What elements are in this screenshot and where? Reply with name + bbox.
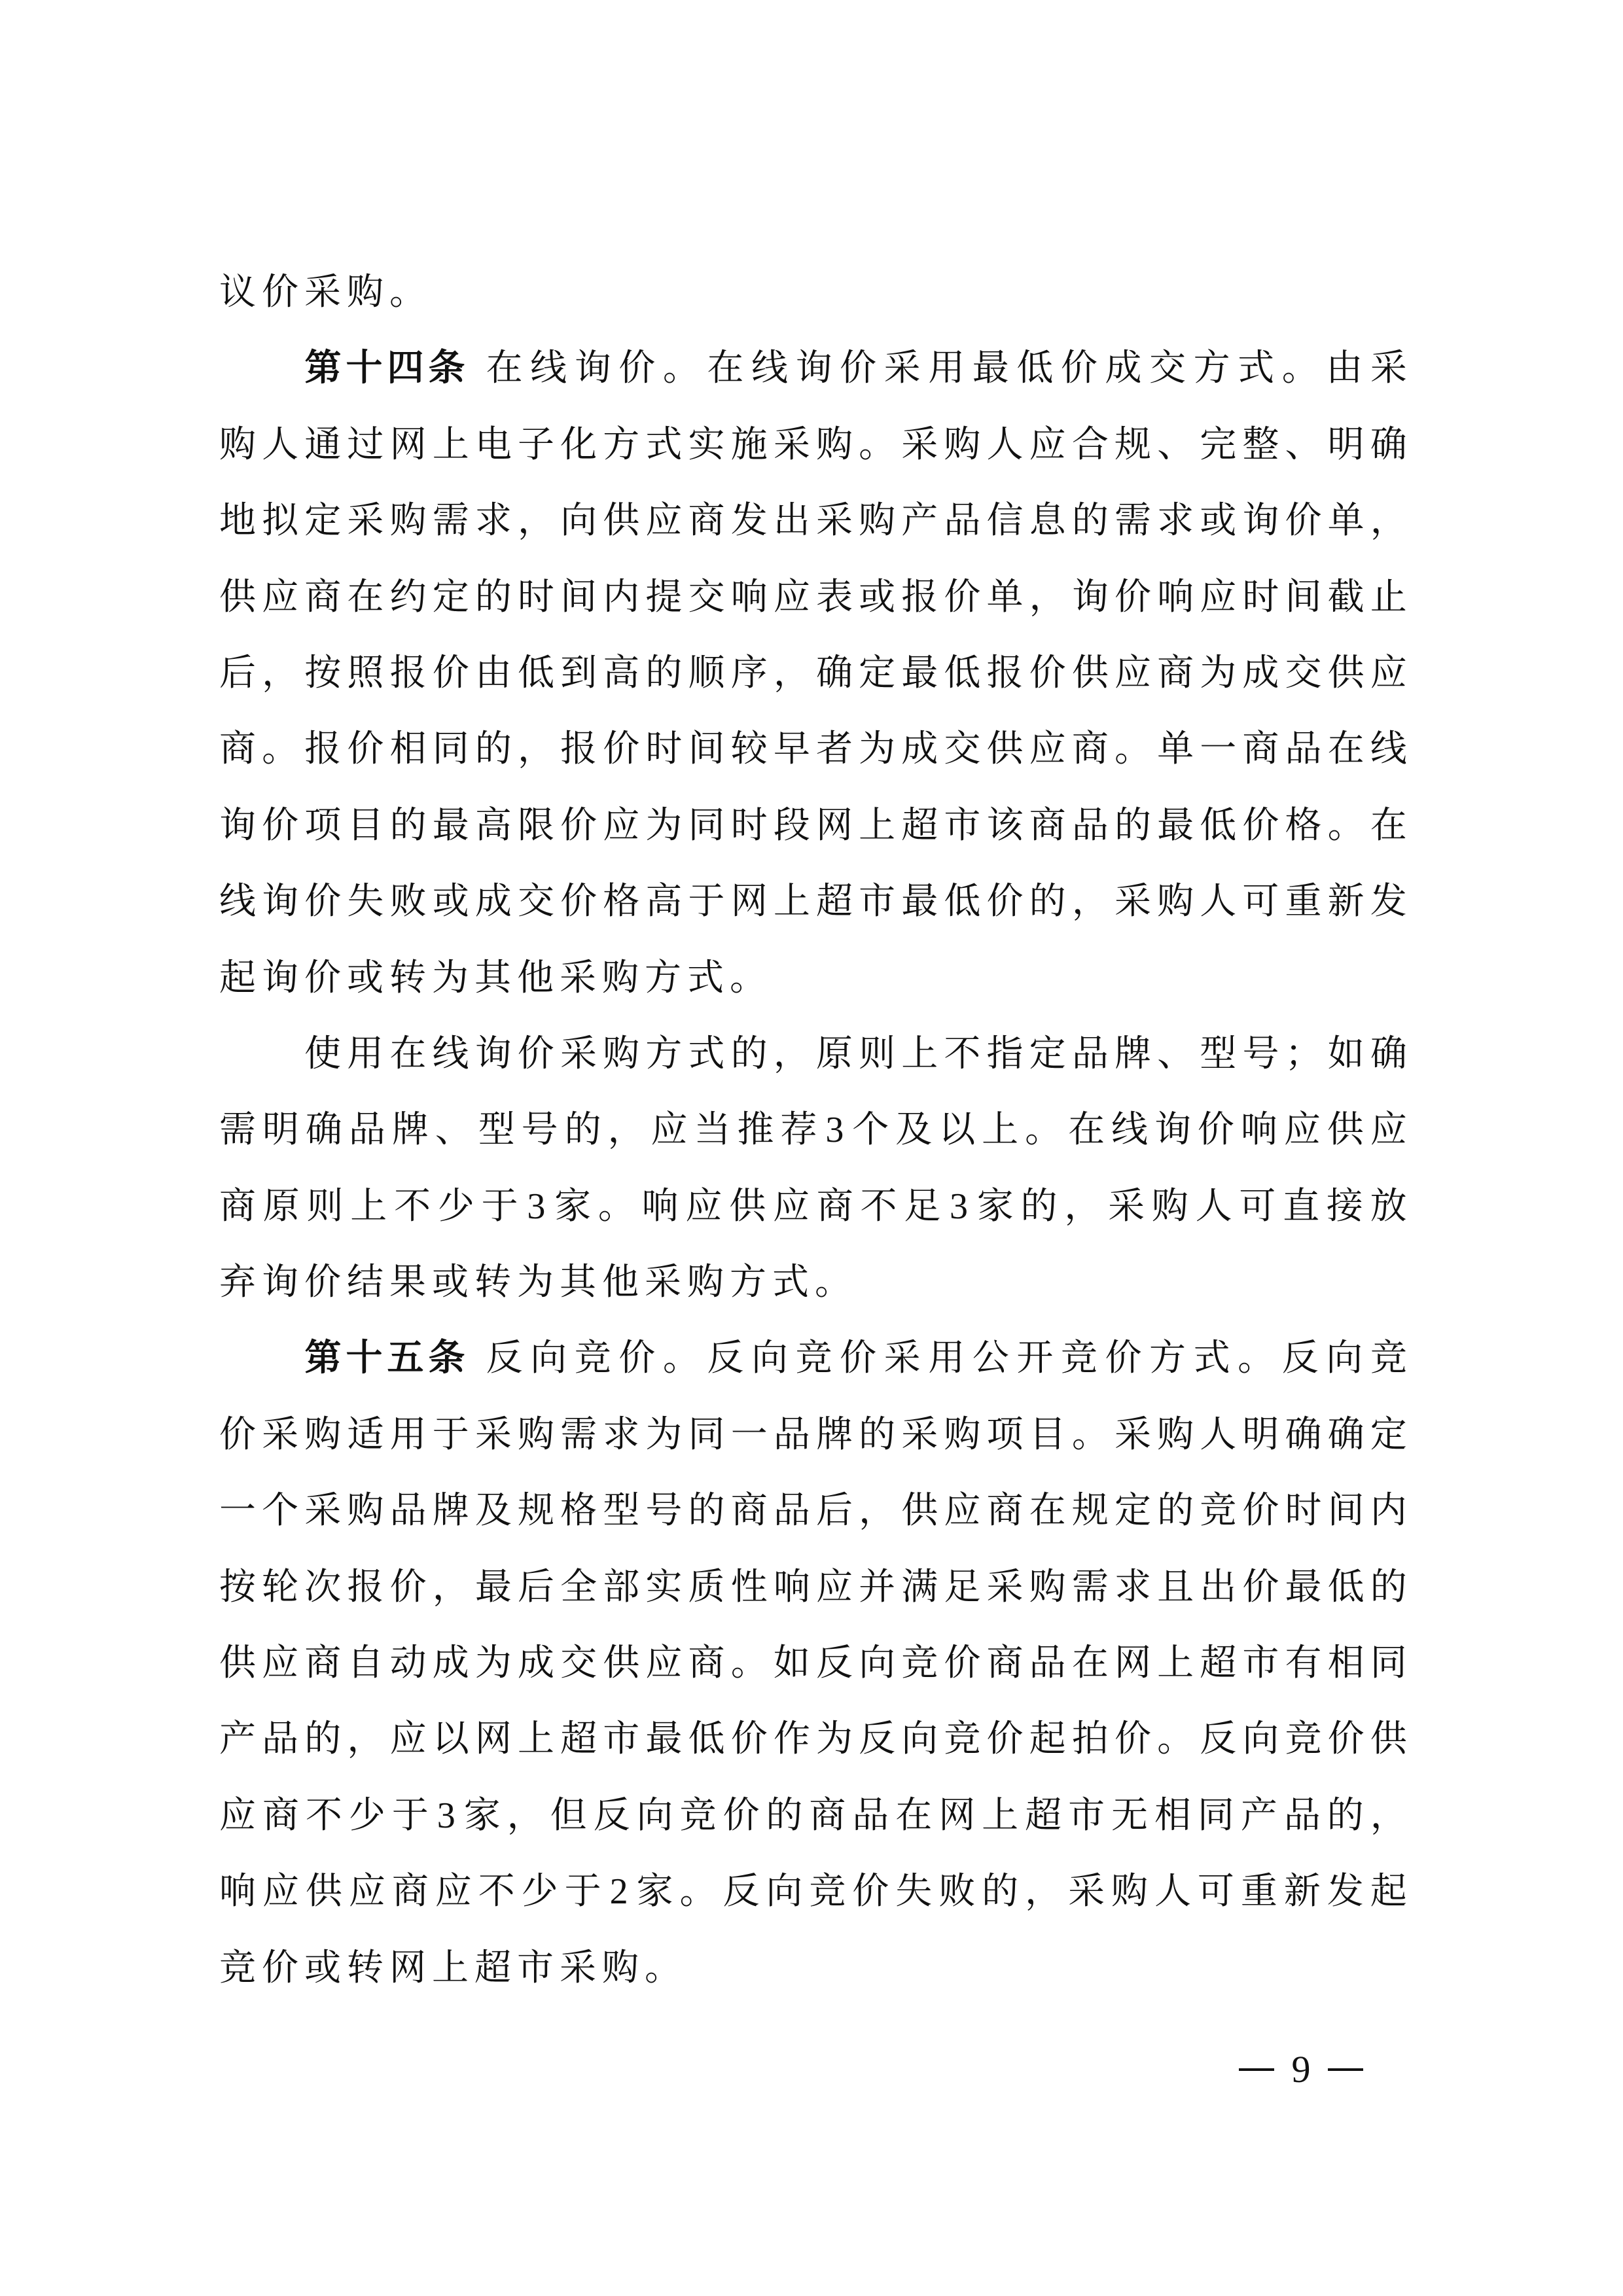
glyph: 商: [688, 1625, 725, 1701]
glyph: 内: [1370, 1473, 1407, 1549]
text-line: 商原则上不少于3家。响应供应商不足3家的，采购人可直接放: [219, 1169, 1407, 1245]
glyph: 截: [1328, 559, 1364, 635]
text-line: 需明确品牌、型号的，应当推荐3个及以上。在线询价响应供应: [219, 1092, 1407, 1168]
glyph: 相: [1154, 1778, 1191, 1854]
glyph: 人: [1200, 864, 1236, 940]
glyph: 采: [884, 330, 921, 406]
glyph: ；: [1285, 1016, 1322, 1092]
glyph: 供: [987, 711, 1024, 787]
glyph: 发: [1370, 864, 1407, 940]
glyph: 价: [722, 1778, 759, 1854]
glyph: 按: [219, 1549, 256, 1625]
text-line: 响应供应商应不少于2家。反向竞价失败的，采购人可重新发起: [219, 1854, 1407, 1930]
text-line: 供应商在约定的时间内提交响应表或报价单，询价响应时间截止: [219, 559, 1407, 635]
glyph: 价: [560, 864, 597, 940]
glyph: 价: [1061, 330, 1097, 406]
glyph: 以: [938, 1092, 975, 1168]
glyph: 。: [598, 1169, 635, 1245]
glyph: 全: [560, 1549, 597, 1625]
glyph: 牌: [816, 1397, 853, 1473]
glyph: 用: [347, 1016, 383, 1092]
glyph: 后: [816, 1473, 853, 1549]
glyph: 品: [1284, 1778, 1321, 1854]
text-line: 价采购适用于采购需求为同一品牌的采购项目。采购人明确确定: [219, 1397, 1407, 1473]
glyph: 价: [1198, 1092, 1234, 1168]
glyph: 应: [1370, 1092, 1407, 1168]
glyph: 不: [944, 1016, 980, 1092]
glyph: 商: [1157, 635, 1194, 711]
glyph: 需: [433, 483, 469, 559]
glyph: 通: [304, 407, 341, 483]
glyph: 后: [219, 635, 256, 711]
glyph: 商: [987, 1473, 1024, 1549]
glyph: 确: [1328, 1397, 1364, 1473]
glyph: 低: [518, 635, 554, 711]
glyph: 价: [1029, 635, 1066, 711]
text-line: 竞价或转网上超市采购。: [219, 1930, 1407, 2006]
glyph: 。: [1115, 711, 1151, 787]
glyph: 购: [687, 1245, 724, 1320]
glyph: 向: [766, 1854, 802, 1930]
glyph: 竞: [809, 1854, 846, 1930]
glyph: 向: [751, 1320, 788, 1396]
glyph: 。: [645, 1930, 681, 2006]
glyph: 交: [1285, 635, 1322, 711]
glyph: 商: [731, 1473, 768, 1549]
glyph: 询: [1072, 559, 1109, 635]
glyph: 的: [1072, 483, 1109, 559]
glyph: 接: [1327, 1169, 1363, 1245]
glyph: 。: [1238, 1320, 1274, 1396]
glyph: 采: [1370, 330, 1407, 406]
glyph: 超: [474, 1930, 511, 2006]
glyph: 价: [304, 940, 341, 1016]
glyph: 品: [944, 483, 980, 559]
glyph: 单: [1328, 483, 1364, 559]
glyph: 应: [1029, 711, 1066, 787]
glyph: 购: [390, 483, 427, 559]
glyph: 。: [815, 1245, 851, 1320]
glyph: 产: [901, 483, 938, 559]
glyph: 价: [1242, 1473, 1279, 1549]
glyph: 商: [262, 1778, 299, 1854]
glyph: 确: [1285, 1397, 1322, 1473]
glyph: 直: [1283, 1169, 1319, 1245]
glyph: 超: [1200, 1625, 1236, 1701]
glyph: 动: [390, 1625, 427, 1701]
glyph: 竞: [1285, 1701, 1322, 1777]
glyph: 最: [901, 864, 938, 940]
glyph: 式: [687, 940, 724, 1016]
glyph: ，: [774, 1016, 810, 1092]
glyph: 价: [1115, 1701, 1151, 1777]
glyph: 。: [663, 1320, 700, 1396]
article-heading: 第十五条: [304, 1320, 465, 1396]
glyph: 购: [219, 407, 256, 483]
glyph: 同: [433, 711, 469, 787]
glyph: 供: [603, 1625, 639, 1701]
glyph: 线: [432, 1016, 469, 1092]
glyph: 成: [901, 711, 938, 787]
glyph: 网: [475, 1701, 512, 1777]
glyph: 间: [1285, 559, 1322, 635]
glyph: ，: [1370, 483, 1407, 559]
glyph: ，: [1029, 559, 1066, 635]
glyph: 供: [1072, 635, 1109, 711]
paragraph-article-15: 第十五条反向竞价。反向竞价采用公开竞价方式。反向竞价采购适用于采购需求为同一品牌…: [219, 1320, 1407, 2006]
glyph: 品: [852, 1778, 889, 1854]
glyph: 目: [1029, 1397, 1066, 1473]
glyph: 定: [1370, 1397, 1407, 1473]
glyph: 询: [475, 1016, 512, 1092]
glyph: 的: [1029, 864, 1066, 940]
glyph: 其: [560, 1245, 596, 1320]
glyph: 、: [435, 1092, 472, 1168]
glyph: 个: [852, 1092, 889, 1168]
page-number: 9: [1239, 2047, 1363, 2093]
glyph: 价: [518, 1016, 554, 1092]
glyph: 开: [1016, 1320, 1053, 1396]
glyph: 品: [774, 1473, 810, 1549]
glyph: 格: [560, 1473, 597, 1549]
glyph: 询: [219, 788, 256, 864]
glyph: 息: [1029, 483, 1066, 559]
glyph: 价: [852, 1854, 889, 1930]
glyph: 同: [688, 788, 725, 864]
glyph: 购: [603, 1016, 639, 1092]
glyph: 反: [486, 1320, 523, 1396]
glyph: 供: [219, 1625, 256, 1701]
glyph: 的: [688, 1473, 725, 1549]
glyph: 明: [1328, 407, 1364, 483]
glyph: 网: [1115, 1625, 1151, 1701]
glyph: 如: [1328, 1016, 1364, 1092]
glyph: 牌: [392, 1092, 429, 1168]
glyph: 用: [390, 1397, 427, 1473]
glyph: 推: [737, 1092, 774, 1168]
glyph: 定: [304, 483, 341, 559]
paragraph-article-14-para-2: 使用在线询价采购方式的，原则上不指定品牌、型号；如确需明确品牌、型号的，应当推荐…: [219, 1016, 1407, 1321]
glyph: 交: [560, 1625, 597, 1701]
glyph: 为: [1200, 635, 1236, 711]
glyph: 向: [560, 483, 597, 559]
glyph: 间: [688, 711, 725, 787]
paragraph-p-continued: 议价采购。: [219, 255, 1407, 330]
glyph: 商: [304, 559, 341, 635]
glyph: 应: [645, 1625, 682, 1701]
glyph: 网: [731, 864, 768, 940]
glyph: 式: [1238, 330, 1274, 406]
glyph: 质: [688, 1549, 725, 1625]
glyph: 及: [895, 1092, 932, 1168]
glyph: 求: [475, 483, 512, 559]
body-text: 议价采购。第十四条在线询价。在线询价采用最低价成交方式。由采购人通过网上电子化方…: [219, 255, 1407, 2006]
glyph: 家: [464, 1778, 501, 1854]
glyph: 上: [859, 788, 895, 864]
glyph: 竞: [679, 1778, 716, 1854]
glyph: 者: [816, 711, 853, 787]
glyph: 价: [1105, 1320, 1141, 1396]
glyph: 果: [389, 1245, 426, 1320]
glyph: 品: [774, 1397, 810, 1473]
glyph: 自: [347, 1625, 383, 1701]
glyph: 一: [1200, 711, 1236, 787]
glyph: 放: [1370, 1169, 1407, 1245]
glyph: 原: [816, 1016, 853, 1092]
glyph: 2: [608, 1854, 630, 1930]
glyph: 拟: [262, 483, 298, 559]
glyph: 采: [1115, 864, 1151, 940]
glyph: 产: [1241, 1778, 1277, 1854]
glyph: 上: [433, 407, 469, 483]
glyph: 适: [347, 1397, 383, 1473]
glyph: 为: [517, 1245, 554, 1320]
glyph: 提: [645, 559, 682, 635]
glyph: 价: [1115, 559, 1151, 635]
glyph: 人: [1154, 1854, 1191, 1930]
text-line: 议价采购。: [219, 255, 1407, 330]
glyph: 化: [560, 407, 597, 483]
glyph: 品: [349, 1092, 385, 1168]
glyph: 个: [262, 1473, 298, 1549]
glyph: 采: [475, 1397, 512, 1473]
glyph: 为: [475, 1625, 512, 1701]
glyph: ，: [347, 1701, 383, 1777]
glyph: 超: [560, 1701, 597, 1777]
glyph: 次: [304, 1549, 341, 1625]
glyph: 应: [1029, 407, 1066, 483]
glyph: 购: [816, 407, 853, 483]
glyph: 供: [219, 559, 256, 635]
glyph: 价: [304, 864, 341, 940]
glyph: 由: [475, 635, 512, 711]
glyph: 不: [478, 1854, 515, 1930]
glyph: 向: [859, 1625, 895, 1701]
glyph: 方: [645, 1016, 682, 1092]
glyph: 使: [304, 1016, 341, 1092]
glyph: 方: [1149, 1320, 1186, 1396]
glyph: 求: [603, 1397, 639, 1473]
glyph: 品: [1072, 1016, 1109, 1092]
glyph: 他: [602, 1245, 639, 1320]
glyph: 价: [560, 788, 597, 864]
glyph: 成: [1242, 635, 1279, 711]
glyph: 竞: [796, 1320, 832, 1396]
glyph: 超: [901, 788, 938, 864]
glyph: 或: [347, 940, 383, 1016]
glyph: 部: [603, 1549, 639, 1625]
glyph: 价: [347, 711, 383, 787]
glyph: 定: [1115, 1473, 1151, 1549]
glyph: 确: [306, 1092, 342, 1168]
glyph: ，: [608, 1092, 645, 1168]
glyph: 到: [560, 635, 597, 711]
glyph: 成: [518, 1625, 554, 1701]
glyph: 在: [389, 1016, 426, 1092]
glyph: 采: [901, 1397, 938, 1473]
glyph: 定: [1029, 1016, 1066, 1092]
glyph: 价: [731, 1701, 768, 1777]
glyph: 足: [904, 1169, 940, 1245]
glyph: 商: [304, 1625, 341, 1701]
glyph: 线: [1370, 711, 1407, 787]
glyph: 采: [347, 483, 383, 559]
glyph: 3: [948, 1169, 970, 1245]
glyph: 成: [475, 864, 512, 940]
text-line: 按轮次报价，最后全部实质性响应并满足采购需求且出价最低的: [219, 1549, 1407, 1625]
glyph: 则: [859, 1016, 895, 1092]
glyph: 、: [1157, 407, 1194, 483]
glyph: 反: [816, 1625, 853, 1701]
glyph: 向: [1242, 1701, 1279, 1777]
glyph: 采: [1108, 1169, 1145, 1245]
glyph: 较: [731, 711, 768, 787]
glyph: 上: [432, 1930, 469, 2006]
glyph: 反: [722, 1854, 759, 1930]
glyph: 应: [1370, 635, 1407, 711]
glyph: 低: [688, 1701, 725, 1777]
glyph: 时: [645, 711, 682, 787]
glyph: 。: [730, 940, 766, 1016]
glyph: 最: [1157, 788, 1194, 864]
glyph: 最: [433, 788, 469, 864]
glyph: 询: [262, 940, 298, 1016]
glyph: 式: [1194, 1320, 1230, 1396]
glyph: 上: [901, 1016, 938, 1092]
glyph: 询: [1154, 1092, 1191, 1168]
glyph: 不: [860, 1169, 897, 1245]
text-line: 弃询价结果或转为其他采购方式。: [219, 1245, 1407, 1320]
glyph: 的: [390, 788, 427, 864]
glyph: 商: [392, 1854, 429, 1930]
glyph: 于: [392, 1778, 429, 1854]
glyph: 竞: [1200, 1473, 1236, 1549]
glyph: 规: [518, 1473, 554, 1549]
glyph: 价: [987, 1701, 1024, 1777]
glyph: 或: [1200, 483, 1236, 559]
glyph: 采: [645, 1245, 681, 1320]
glyph: 在: [707, 330, 743, 406]
glyph: 需: [1115, 483, 1151, 559]
glyph: 则: [307, 1169, 344, 1245]
glyph: 的: [1370, 1549, 1407, 1625]
glyph: 在: [1068, 1092, 1105, 1168]
glyph: 购: [944, 1397, 980, 1473]
glyph: 采: [816, 483, 853, 559]
glyph: 商: [1242, 711, 1279, 787]
glyph: 购: [518, 1397, 554, 1473]
glyph: 由: [1326, 330, 1363, 406]
glyph: 于: [565, 1854, 601, 1930]
glyph: 供: [1327, 1092, 1364, 1168]
glyph: 起: [219, 940, 256, 1016]
glyph: 应: [262, 1625, 298, 1701]
glyph: 或: [432, 1245, 469, 1320]
glyph: 。: [1282, 330, 1319, 406]
text-line: 起询价或转为其他采购方式。: [219, 940, 1407, 1016]
glyph: 顺: [688, 635, 725, 711]
glyph: 高: [603, 635, 639, 711]
glyph: 败: [390, 864, 427, 940]
glyph: 为: [645, 1397, 682, 1473]
glyph: 议: [219, 255, 256, 330]
text-line: 询价项目的最高限价应为同时段网上超市该商品的最低价格。在: [219, 788, 1407, 864]
glyph: 在: [1370, 788, 1407, 864]
glyph: 3: [823, 1092, 846, 1168]
glyph: 市: [859, 864, 895, 940]
glyph: 。: [859, 407, 895, 483]
glyph: 采: [262, 1397, 298, 1473]
glyph: 采: [560, 1930, 596, 2006]
glyph: 在: [1072, 1625, 1109, 1701]
glyph: 应: [390, 1701, 427, 1777]
glyph: 于: [688, 864, 725, 940]
glyph: 、: [1285, 407, 1322, 483]
glyph: 、: [1157, 1016, 1194, 1092]
glyph: 为: [859, 711, 895, 787]
glyph: 价: [1328, 1701, 1364, 1777]
glyph: 或: [304, 1930, 341, 2006]
text-line: 线询价失败或成交价格高于网上超市最低价的，采购人可重新发: [219, 864, 1407, 940]
glyph: 低: [944, 635, 980, 711]
text-line: 供应商自动成为成交供应商。如反向竞价商品在网上超市有相同: [219, 1625, 1407, 1701]
glyph: 。: [1328, 788, 1364, 864]
glyph: 人: [262, 407, 298, 483]
page-number-dash-right: [1328, 2068, 1363, 2071]
glyph: 信: [987, 483, 1024, 559]
glyph: 商: [688, 483, 725, 559]
glyph: 反: [1200, 1701, 1236, 1777]
glyph: 上: [982, 1092, 1018, 1168]
glyph: 最: [1285, 1549, 1322, 1625]
glyph: 商: [987, 1625, 1024, 1701]
glyph: 购: [1029, 1549, 1066, 1625]
glyph: 响: [731, 559, 768, 635]
glyph: 市: [1242, 1625, 1279, 1701]
glyph: 求: [1115, 1549, 1151, 1625]
glyph: 应: [1115, 635, 1151, 711]
glyph: 明: [262, 1092, 299, 1168]
glyph: 上: [518, 1701, 554, 1777]
glyph: 整: [1242, 407, 1279, 483]
glyph: 时: [731, 788, 768, 864]
glyph: 确: [816, 635, 853, 711]
glyph: 可: [1198, 1854, 1234, 1930]
glyph: 定: [433, 559, 469, 635]
glyph: 性: [731, 1549, 768, 1625]
glyph: 商: [1029, 788, 1066, 864]
glyph: 应: [262, 559, 298, 635]
glyph: 限: [518, 788, 554, 864]
glyph: 。: [731, 1625, 768, 1701]
glyph: 的: [565, 1092, 601, 1168]
glyph: 的: [1115, 788, 1151, 864]
glyph: 购: [1111, 1854, 1148, 1930]
glyph: 足: [944, 1549, 980, 1625]
glyph: 时: [1242, 559, 1279, 635]
glyph: 式: [688, 1016, 724, 1092]
glyph: 超: [816, 864, 853, 940]
glyph: 少: [349, 1778, 385, 1854]
glyph: 供: [1370, 1701, 1407, 1777]
glyph: 应: [435, 1854, 472, 1930]
glyph: 品: [1029, 1625, 1066, 1701]
glyph: 出: [1200, 1549, 1236, 1625]
glyph: 应: [773, 1169, 810, 1245]
glyph: 为: [432, 940, 469, 1016]
glyph: 。: [1025, 1092, 1061, 1168]
glyph: 采: [774, 407, 810, 483]
